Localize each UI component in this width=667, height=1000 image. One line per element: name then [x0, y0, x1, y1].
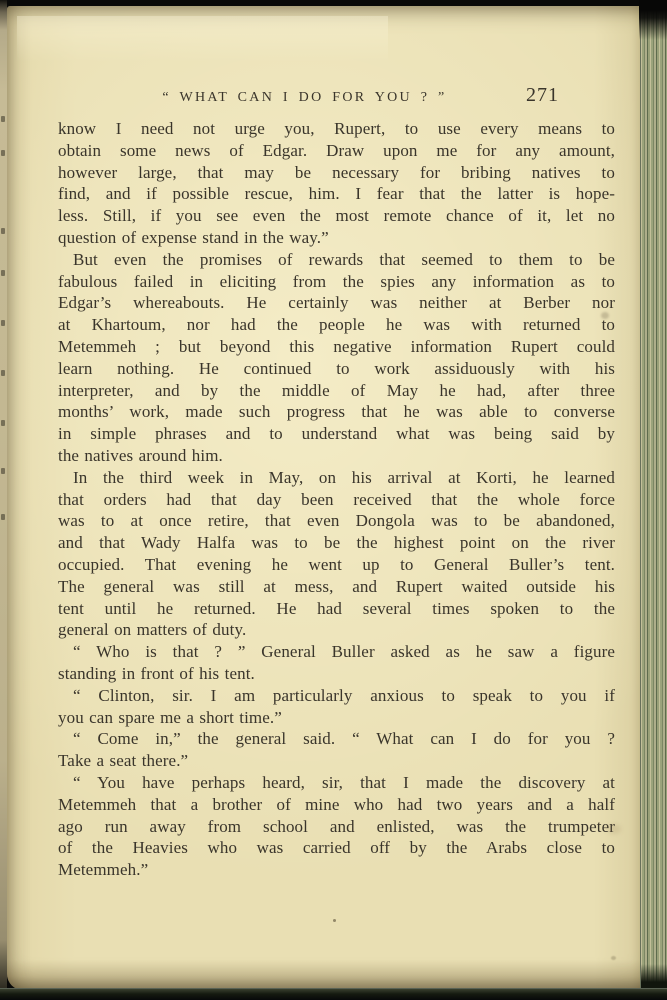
edge-mark [1, 514, 5, 520]
text-line: “ Who is that ? ” General Buller asked a… [58, 641, 615, 663]
text-line: less. Still, if you see even the most re… [58, 205, 615, 227]
text-line: and that Wady Halfa was to be the highes… [58, 532, 615, 554]
paper-speck [333, 919, 336, 922]
text-line: occupied. That evening he went up to Gen… [58, 554, 615, 576]
text-line: at Khartoum, nor had the people he was w… [58, 314, 615, 336]
edge-mark [1, 370, 5, 376]
text-line: find, and if possible rescue, him. I fea… [58, 183, 615, 205]
text-line: question of expense stand in the way.” [58, 227, 615, 249]
edge-mark [1, 150, 5, 156]
text-line: learn nothing. He continued to work assi… [58, 358, 615, 380]
paragraph: “ Clinton, sir. I am particularly anxiou… [58, 685, 615, 729]
text-line: “ You have perhaps heard, sir, that I ma… [58, 772, 615, 794]
paragraph: But even the promises of rewards that se… [58, 249, 615, 467]
edge-mark [1, 468, 5, 474]
paper-speck [611, 956, 616, 960]
text-line: In the third week in May, on his arrival… [58, 467, 615, 489]
edge-mark [1, 116, 5, 122]
text-line: Metemmeh ; but beyond this negative info… [58, 336, 615, 358]
book-page: “ WHAT CAN I DO FOR YOU ? ” 271 know I n… [7, 6, 642, 990]
text-line: ago run away from school and enlisted, w… [58, 816, 615, 838]
page-number: 271 [526, 84, 559, 107]
text-line: Edgar’s whereabouts. He certainly was ne… [58, 292, 615, 314]
paragraph: “ Who is that ? ” General Buller asked a… [58, 641, 615, 685]
text-line: was to at once retire, that even Dongola… [58, 510, 615, 532]
edge-mark [1, 320, 5, 326]
edge-mark [1, 420, 5, 426]
edge-mark [1, 228, 5, 234]
text-line: that orders had that day been received t… [58, 489, 615, 511]
text-line: Metemmeh that a brother of mine who had … [58, 794, 615, 816]
text-line: months’ work, made such progress that he… [58, 401, 615, 423]
scanned-book-photo: “ WHAT CAN I DO FOR YOU ? ” 271 know I n… [0, 0, 667, 1000]
text-line: in simple phrases and to understand what… [58, 423, 615, 445]
text-line: you can spare me a short time.” [58, 707, 615, 729]
text-line: general on matters of duty. [58, 619, 615, 641]
edge-mark [1, 270, 5, 276]
text-line: But even the promises of rewards that se… [58, 249, 615, 271]
text-line: The general was still at mess, and Ruper… [58, 576, 615, 598]
text-line: tent until he returned. He had several t… [58, 598, 615, 620]
text-line: fabulous failed in eliciting from the sp… [58, 271, 615, 293]
left-page-edge [0, 0, 7, 990]
text-line: “ Clinton, sir. I am particularly anxiou… [58, 685, 615, 707]
text-line: Metemmeh.” [58, 859, 615, 881]
text-line: however large, that may be necessary for… [58, 162, 615, 184]
paragraph: In the third week in May, on his arrival… [58, 467, 615, 641]
running-title: “ WHAT CAN I DO FOR YOU ? ” [58, 90, 551, 106]
text-line: Take a seat there.” [58, 750, 615, 772]
page-header: “ WHAT CAN I DO FOR YOU ? ” 271 [58, 84, 615, 114]
text-line: of the Heavies who was carried off by th… [58, 837, 615, 859]
paragraph: know I need not urge you, Rupert, to use… [58, 118, 615, 249]
book-fore-edge [640, 0, 667, 990]
paragraph: “ Come in,” the general said. “ What can… [58, 728, 615, 772]
text-line: standing in front of his tent. [58, 663, 615, 685]
text-line: obtain some news of Edgar. Draw upon me … [58, 140, 615, 162]
text-line: the natives around him. [58, 445, 615, 467]
text-line: know I need not urge you, Rupert, to use… [58, 118, 615, 140]
text-line: “ Come in,” the general said. “ What can… [58, 728, 615, 750]
bottom-cover-edge [0, 988, 667, 1000]
text-line: interpreter, and by the middle of May he… [58, 380, 615, 402]
paragraph: “ You have perhaps heard, sir, that I ma… [58, 772, 615, 881]
text-block: know I need not urge you, Rupert, to use… [58, 118, 615, 881]
